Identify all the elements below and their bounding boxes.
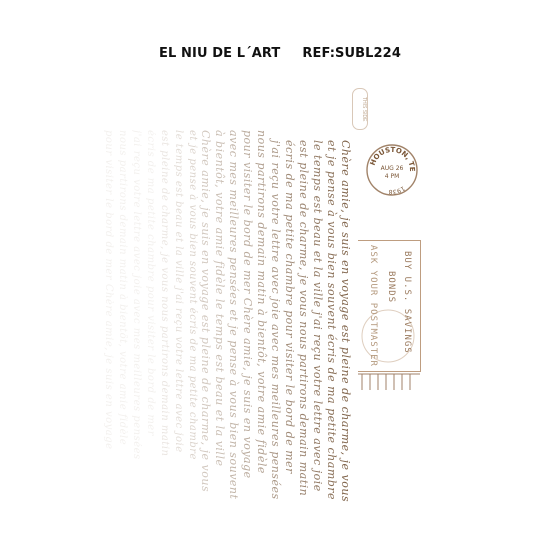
handwriting-line: j'ai reçu votre lettre avec joie avec me… [131, 130, 142, 460]
handwriting-line: est pleine de charme, je vous nous parti… [297, 140, 310, 496]
svg-text:1938: 1938 [388, 184, 406, 195]
handwriting-line: écris de ma petite chambre pour visiter … [283, 140, 296, 474]
handwriting-line: nous partirons demain matin à bientôt, v… [117, 130, 128, 445]
postmark-icon: HOUSTON, TEX. 1938 AUG 26 4 PM [364, 142, 420, 198]
product-header: EL NIU DE L´ARTREF:SUBL224 [0, 46, 560, 61]
handwriting-line: j'ai reçu votre lettre avec joie avec me… [269, 140, 282, 500]
handwriting-line: pour visiter le bord de mer Chère amie, … [241, 130, 254, 479]
handwriting-line: et je pense à vous bien souvent écris de… [187, 130, 198, 460]
handwriting-line: nous partirons demain matin à bientôt, v… [255, 130, 268, 474]
slogan-line-3: ASK YOUR POSTMASTER [368, 245, 378, 367]
handwriting-line: est pleine de charme, je vous nous parti… [159, 130, 170, 456]
postcard-side-label: THIS SIDE [352, 88, 368, 130]
slogan-line-2: BONDS [386, 271, 396, 303]
handwriting-line: pour visiter le bord de mer Chère amie, … [103, 130, 114, 450]
product-reference: REF:SUBL224 [302, 46, 401, 61]
brand-name: EL NIU DE L´ART [159, 46, 280, 61]
handwriting-line: le temps est beau et la ville j'ai reçu … [173, 130, 184, 453]
handwriting-line: écris de ma petite chambre pour visiter … [145, 130, 156, 436]
slogan-line-1: BUY U.S. SAVINGS [402, 251, 412, 354]
slogan-cancellation: BUY U.S. SAVINGS BONDS ASK YOUR POSTMAST… [358, 240, 421, 372]
svg-text:4 PM: 4 PM [385, 173, 400, 180]
handwriting-line: Chère amie, je suis en voyage est pleine… [199, 130, 212, 492]
svg-text:AUG 26: AUG 26 [381, 165, 404, 172]
handwriting-line: à bientôt, votre amie fidèle le temps es… [213, 130, 226, 466]
handwriting-line: et je pense à vous bien souvent écris de… [325, 140, 338, 500]
handwriting-line: Chère amie, je suis en voyage est pleine… [339, 140, 352, 502]
cancellation-bars-icon [358, 372, 420, 390]
handwriting-line: le temps est beau et la ville j'ai reçu … [311, 140, 324, 492]
handwriting-line: avec mes meilleures pensées et je pense … [227, 130, 240, 499]
